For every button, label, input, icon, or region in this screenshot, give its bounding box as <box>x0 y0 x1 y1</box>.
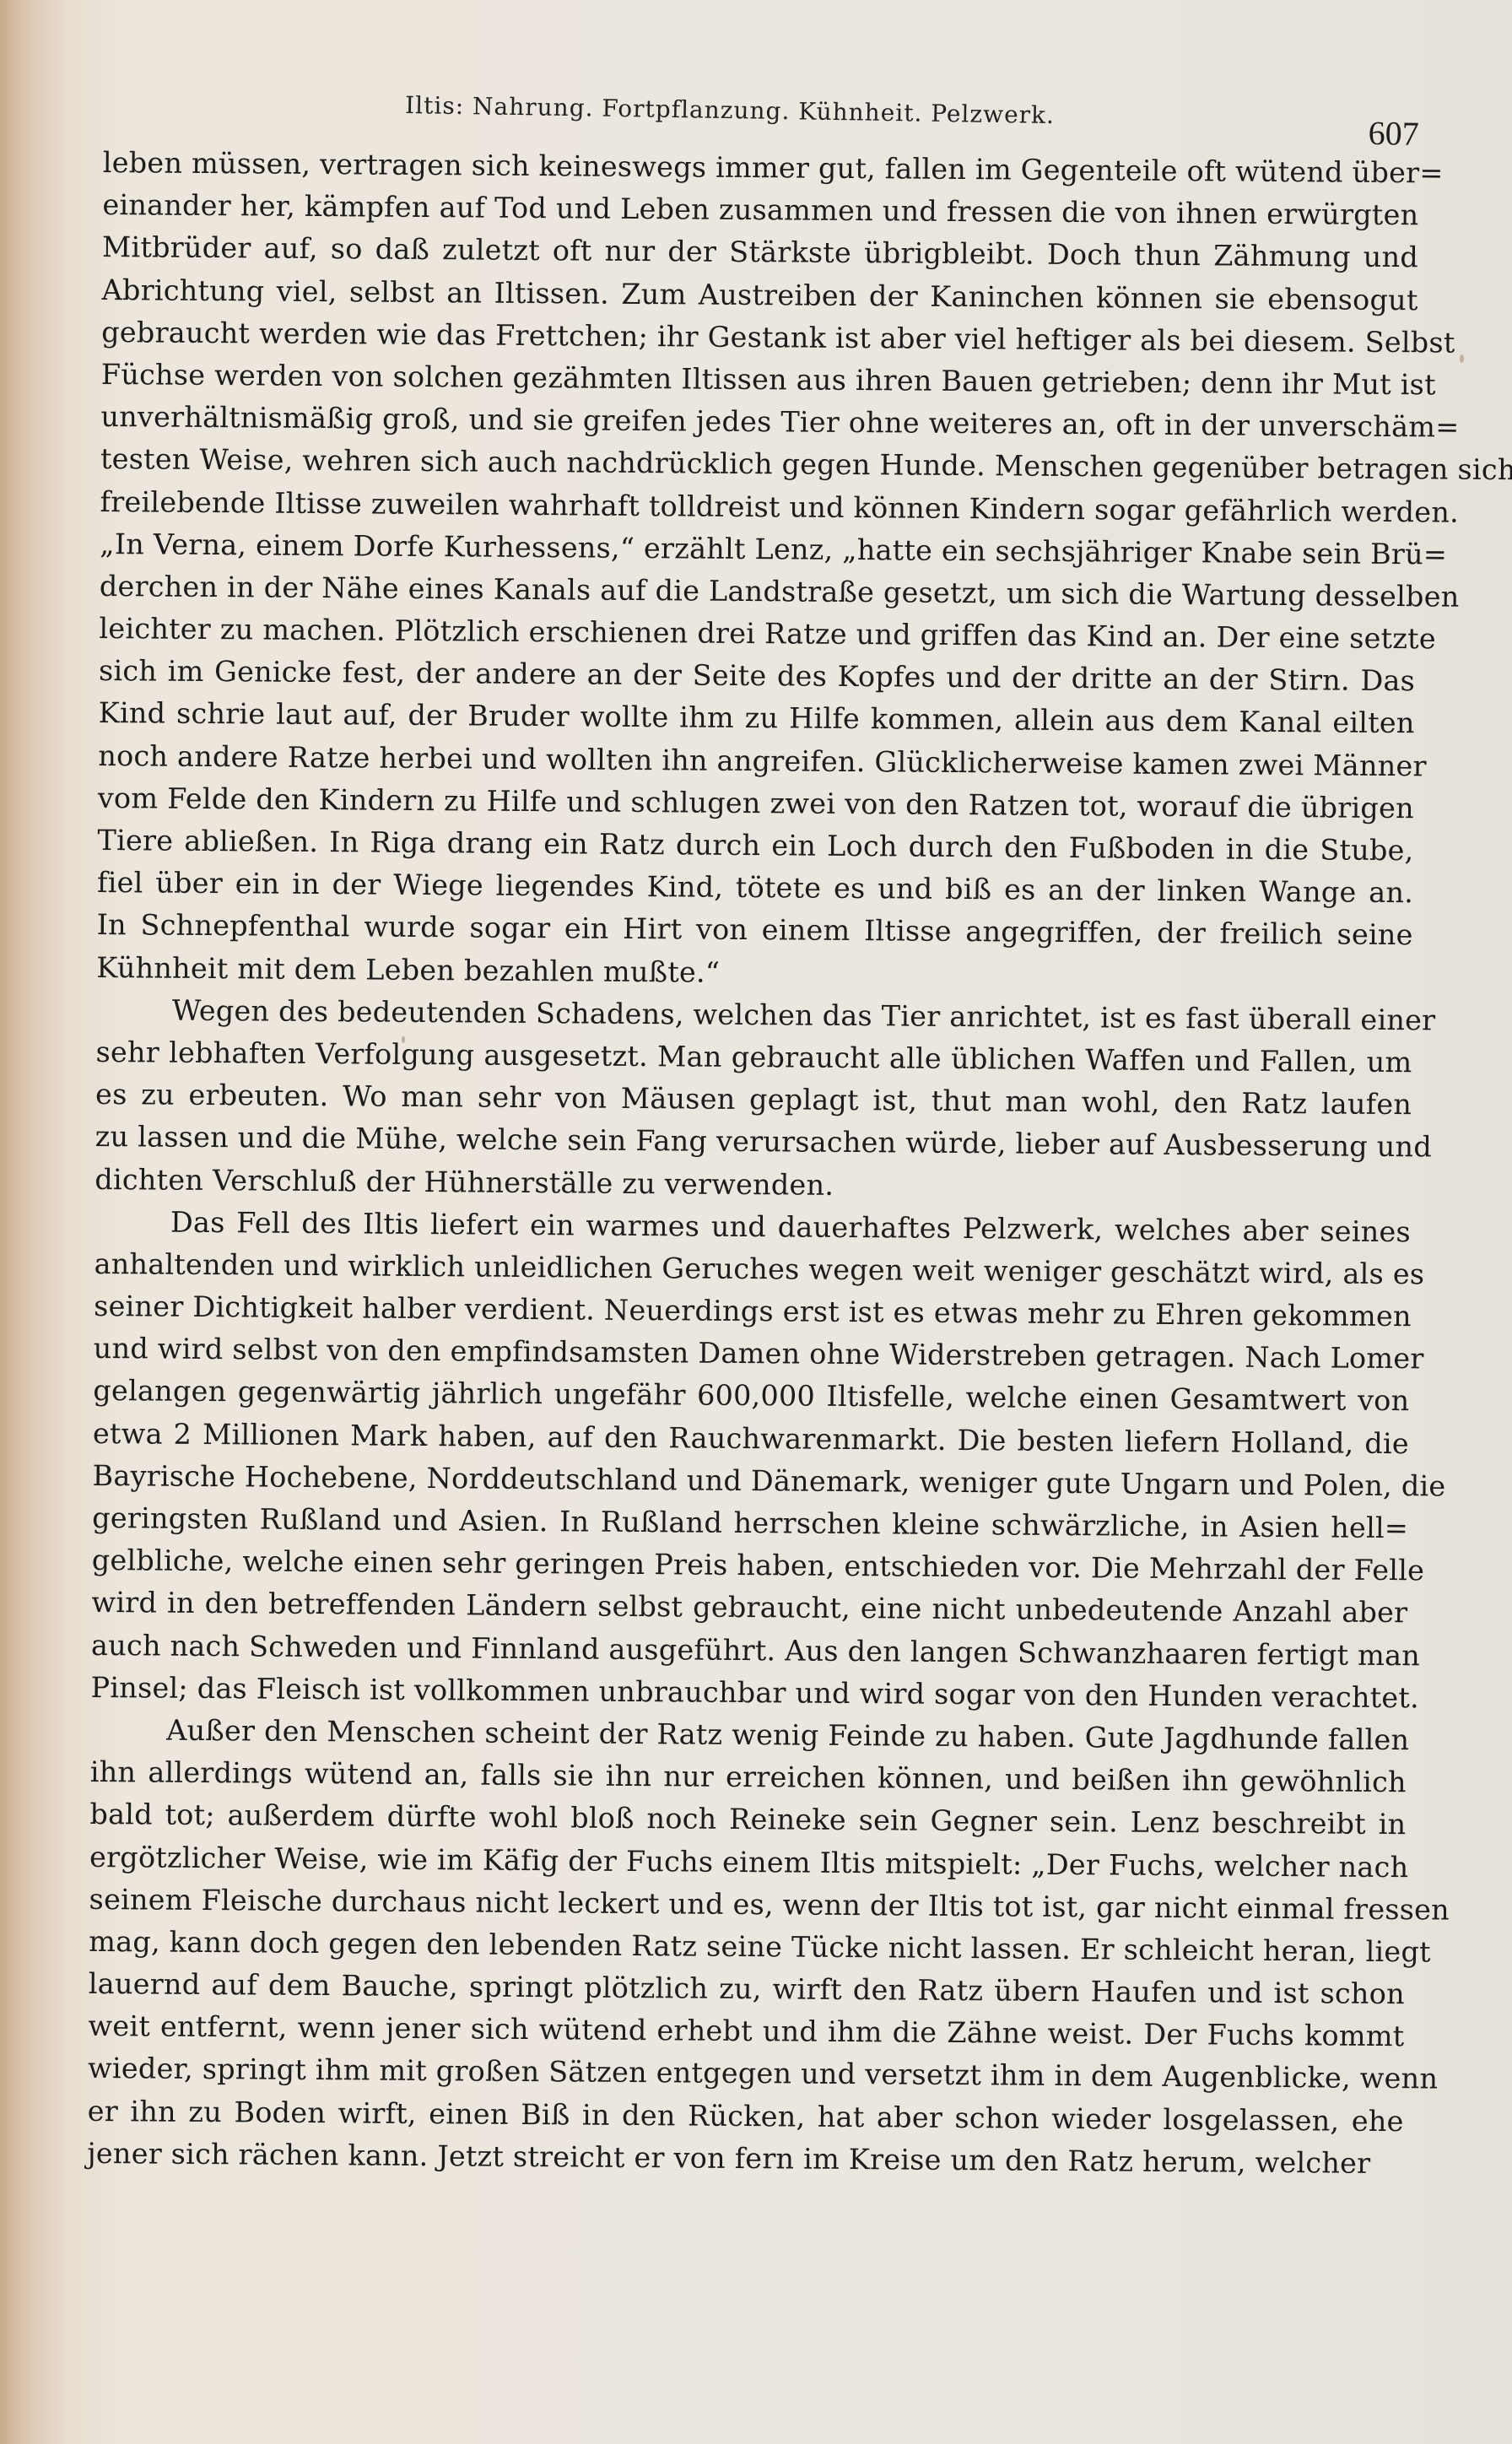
paragraph: Wegen des bedeutenden Schadens, welchen … <box>94 989 1412 1211</box>
page-header: Iltis: Nahrung. Fortpflanzung. Kühnheit.… <box>405 91 1420 149</box>
paragraph: leben müssen, vertragen sich keineswegs … <box>96 142 1419 999</box>
page-number: 607 <box>1368 113 1419 154</box>
paper-stain <box>402 1036 405 1043</box>
paragraph: Das Fell des Iltis liefert ein warmes un… <box>90 1201 1411 1719</box>
body-text: leben müssen, vertragen sich keineswegs … <box>87 142 1419 2185</box>
running-title: Iltis: Nahrung. Fortpflanzung. Kühnheit.… <box>405 91 1055 129</box>
paper-stain <box>1460 354 1464 363</box>
paragraph: Außer den Menschen scheint der Ratz weni… <box>87 1709 1407 2185</box>
book-page: Iltis: Nahrung. Fortpflanzung. Kühnheit.… <box>0 0 1512 2444</box>
